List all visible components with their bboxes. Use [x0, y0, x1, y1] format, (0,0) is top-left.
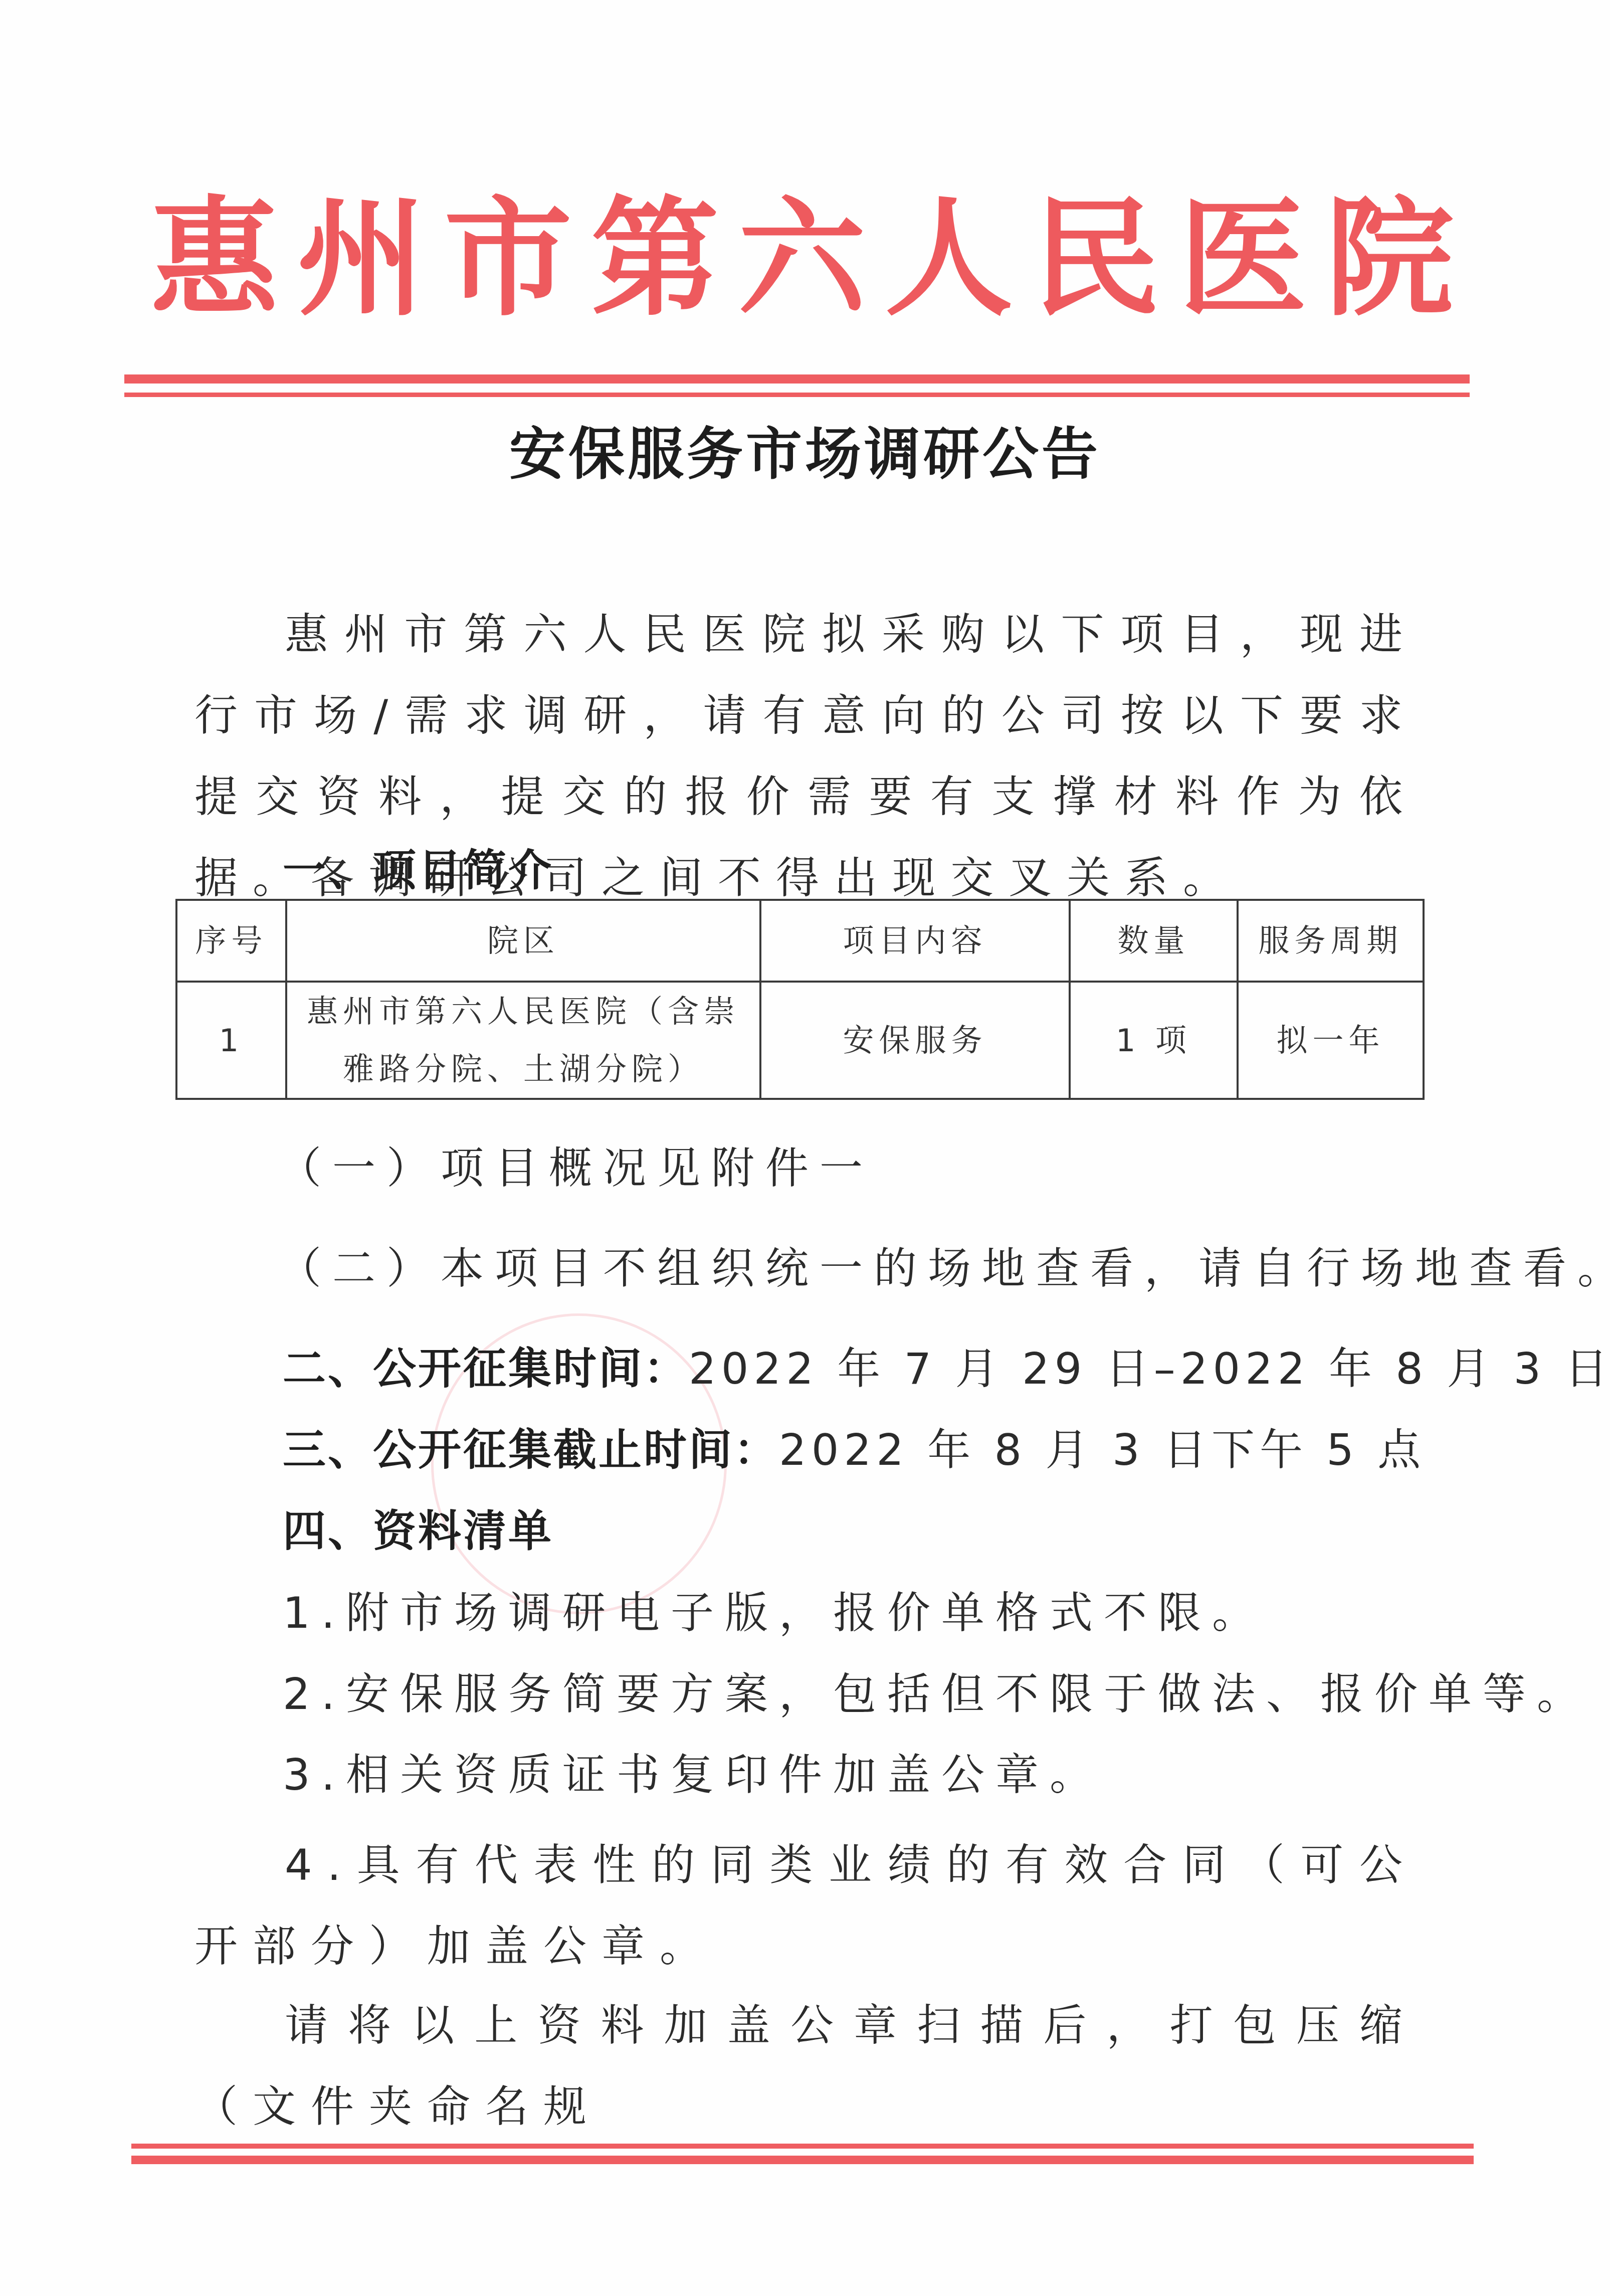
- cell-quantity: 1 项: [1070, 982, 1238, 1099]
- materials-list-item: 3.相关资质证书复印件加盖公章。: [283, 1754, 1104, 1797]
- materials-list-item: 1.附市场调研电子版，报价单格式不限。: [283, 1592, 1266, 1635]
- note-item: （二）本项目不组织统一的场地查看，请自行场地查看。: [278, 1247, 1610, 1290]
- letterhead-char: 民: [1032, 195, 1160, 322]
- note-item: （一）项目概况见附件一: [278, 1147, 874, 1190]
- letterhead-char: 市: [444, 195, 572, 322]
- collection-deadline-label: 三、公开征集截止时间：: [283, 1425, 779, 1475]
- letterhead-organization: 惠 州 市 第 六 人 民 医 院: [150, 180, 1454, 336]
- letterhead-char: 医: [1179, 195, 1307, 322]
- letterhead-char: 惠: [150, 195, 278, 322]
- footer-rule-thick: [131, 2156, 1474, 2164]
- section-heading-materials: 四、资料清单: [283, 1510, 553, 1553]
- table-row: 1 惠州市第六人民医院（含崇雅路分院、土湖分院） 安保服务 1 项 拟一年: [176, 982, 1424, 1099]
- closing-paragraph: 请将以上资料加盖公章扫描后，打包压缩（文件夹命名规: [194, 1985, 1418, 2148]
- column-header-period: 服务周期: [1238, 900, 1424, 982]
- document-title: 安保服务市场调研公告: [0, 424, 1610, 485]
- column-header-content: 项目内容: [760, 900, 1070, 982]
- header-rule-thick: [124, 374, 1470, 384]
- cell-content: 安保服务: [760, 982, 1070, 1099]
- letterhead-char: 州: [297, 195, 425, 322]
- column-header-campus: 院区: [286, 900, 760, 982]
- cell-campus: 惠州市第六人民医院（含崇雅路分院、土湖分院）: [286, 982, 760, 1099]
- materials-list-item: 2.安保服务简要方案，包括但不限于做法、报价单等。: [283, 1673, 1591, 1716]
- letterhead-char: 六: [738, 195, 866, 322]
- collection-deadline-value: 2022 年 8 月 3 日下午 5 点: [779, 1425, 1426, 1475]
- collection-period-label: 二、公开征集时间：: [283, 1344, 689, 1394]
- project-table: 序号 院区 项目内容 数量 服务周期 1 惠州市第六人民医院（含崇雅路分院、土湖…: [175, 899, 1425, 1100]
- letterhead-char: 院: [1326, 195, 1454, 322]
- collection-period-value: 2022 年 7 月 29 日–2022 年 8 月 3 日: [689, 1344, 1610, 1394]
- header-rule-thin: [124, 393, 1470, 397]
- collection-deadline: 三、公开征集截止时间：2022 年 8 月 3 日下午 5 点: [283, 1429, 1426, 1472]
- footer-rule-thin: [131, 2144, 1474, 2149]
- column-header-quantity: 数量: [1070, 900, 1238, 982]
- cell-no: 1: [176, 982, 286, 1099]
- column-header-no: 序号: [176, 900, 286, 982]
- table-header-row: 序号 院区 项目内容 数量 服务周期: [176, 900, 1424, 982]
- section-heading-project-intro: 一、项目简介: [283, 849, 553, 892]
- collection-period: 二、公开征集时间：2022 年 7 月 29 日–2022 年 8 月 3 日: [283, 1348, 1610, 1391]
- materials-list-item: 4.具有代表性的同类业绩的有效合同（可公开部分）加盖公章。: [194, 1825, 1418, 1987]
- letterhead-char: 人: [885, 195, 1013, 322]
- cell-period: 拟一年: [1238, 982, 1424, 1099]
- letterhead-char: 第: [591, 195, 719, 322]
